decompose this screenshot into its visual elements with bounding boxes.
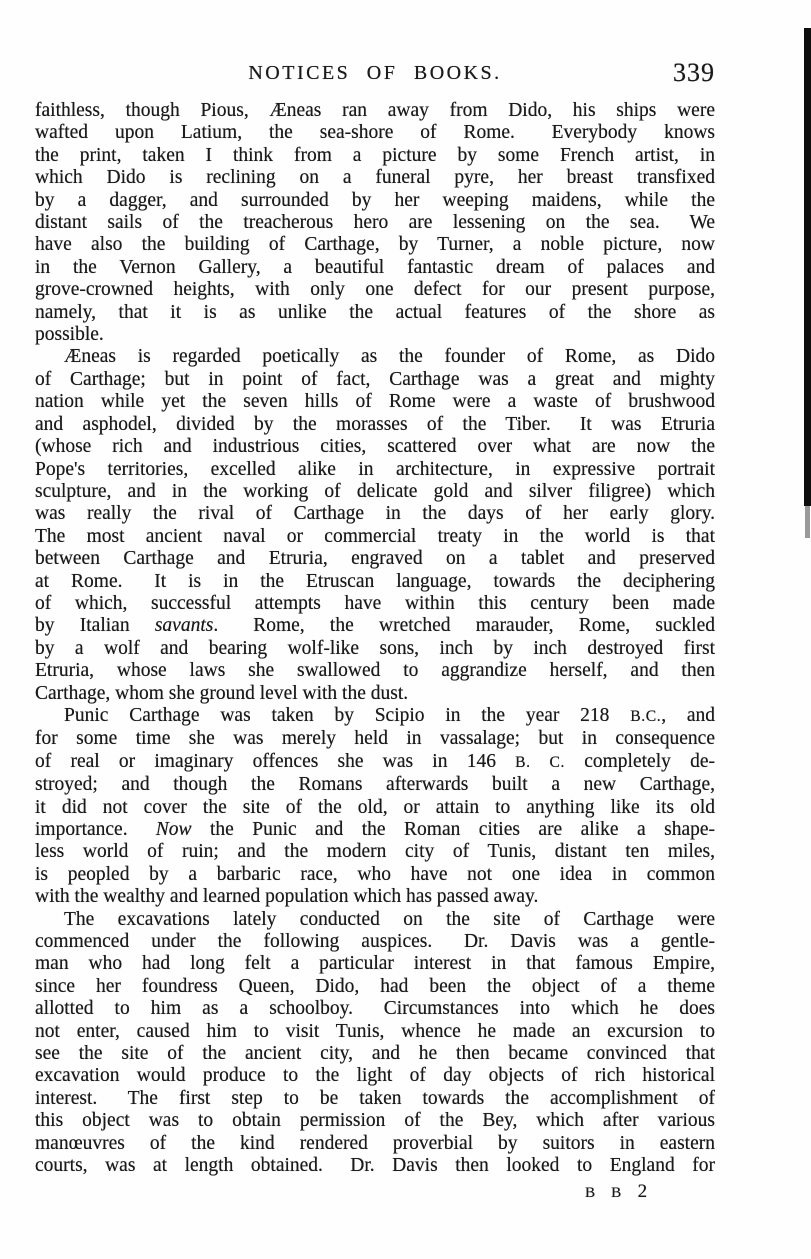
text-line: sculpture, and in the working of delicat… [35,481,715,503]
page-number: 339 [673,58,715,88]
text-line: excavation would produce to the light of… [35,1065,715,1087]
page-header: NOTICES OF BOOKS. 339 [35,58,715,88]
text-line: possible. [35,324,715,346]
text-line: for some time she was merely held in vas… [35,728,715,750]
text-line: between Carthage and Etruria, engraved o… [35,548,715,570]
text-line: have also the building of Carthage, by T… [35,234,715,256]
text-line: The most ancient naval or commercial tre… [35,526,715,548]
text-line: by Italian savants. Rome, the wretched m… [35,615,715,637]
text-line: Punic Carthage was taken by Scipio in th… [35,705,715,728]
text-line: less world of ruin; and the modern city … [35,841,715,863]
text-line: importance. Now the Punic and the Roman … [35,819,715,841]
text-line: namely, that it is as unlike the actual … [35,302,715,324]
text-line: Carthage, whom she ground level with the… [35,683,715,705]
text-line: since her foundress Queen, Dido, had bee… [35,976,715,998]
text-line: courts, was at length obtained. Dr. Davi… [35,1155,715,1177]
text-line: grove-crowned heights, with only one def… [35,279,715,301]
text-line: (whose rich and industrious cities, scat… [35,436,715,458]
text-line: of real or imaginary offences she was in… [35,751,715,774]
text-line: at Rome. It is in the Etruscan language,… [35,571,715,593]
text-line: Pope's territories, excelled alike in ar… [35,459,715,481]
page-title: NOTICES OF BOOKS. [35,62,715,85]
scan-edge-artifact-fade [805,506,810,538]
text-line: it did not cover the site of the old, or… [35,797,715,819]
text-line: not enter, caused him to visit Tunis, wh… [35,1021,715,1043]
text-line: allotted to him as a schoolboy. Circumst… [35,998,715,1020]
text-line: The excavations lately conducted on the … [35,909,715,931]
text-line: Etruria, whose laws she swallowed to agg… [35,660,715,682]
printer-signature: B B 2 [585,1181,647,1203]
text-line: is peopled by a barbaric race, who have … [35,864,715,886]
text-line: by a wolf and bearing wolf-like sons, in… [35,638,715,660]
text-line: in the Vernon Gallery, a beautiful fanta… [35,257,715,279]
text-line: man who had long felt a particular inter… [35,953,715,975]
text-line: this object was to obtain permission of … [35,1110,715,1132]
text-line: Æneas is regarded poetically as the foun… [35,346,715,368]
text-line: which Dido is reclining on a funeral pyr… [35,167,715,189]
text-line: the print, taken I think from a picture … [35,145,715,167]
text-line: by a dagger, and surrounded by her weepi… [35,190,715,212]
text-line: interest. The first step to be taken tow… [35,1088,715,1110]
text-line: distant sails of the treacherous hero ar… [35,212,715,234]
text-block: faithless, though Pious, Æneas ran away … [35,100,715,1178]
text-line: of Carthage; but in point of fact, Carth… [35,369,715,391]
text-line: see the site of the ancient city, and he… [35,1043,715,1065]
text-line: of which, successful attempts have withi… [35,593,715,615]
text-line: nation while yet the seven hills of Rome… [35,391,715,413]
text-line: stroyed; and though the Romans afterward… [35,774,715,796]
text-line: commenced under the following auspices. … [35,931,715,953]
text-line: and asphodel, divided by the morasses of… [35,414,715,436]
text-line: was really the rival of Carthage in the … [35,503,715,525]
book-page: NOTICES OF BOOKS. 339 faithless, though … [0,0,811,1259]
text-line: with the wealthy and learned population … [35,886,715,908]
text-line: faithless, though Pious, Æneas ran away … [35,100,715,122]
text-line: wafted upon Latium, the sea-shore of Rom… [35,122,715,144]
text-line: manœuvres of the kind rendered proverbia… [35,1133,715,1155]
scan-edge-artifact [804,28,811,506]
